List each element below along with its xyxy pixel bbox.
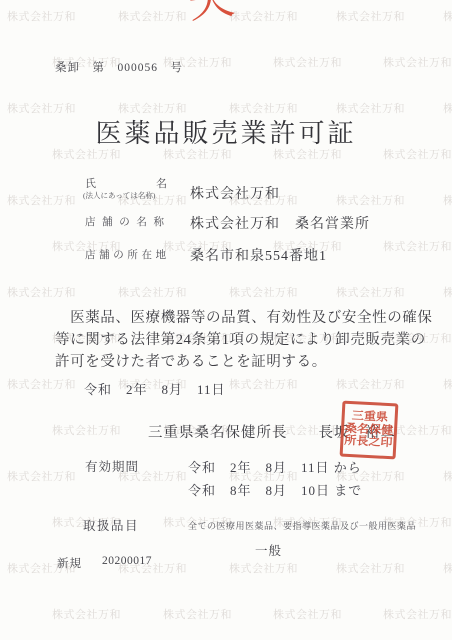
- watermark-text: 株式会社万和: [229, 284, 298, 300]
- watermark-text: 株式会社万和: [7, 8, 76, 24]
- watermark-text: 株式会社万和: [7, 376, 76, 392]
- name-field-label: 氏 名: [85, 175, 167, 191]
- watermark-text: 株式会社万和: [52, 422, 121, 438]
- issue-date: 令和 2年 8月 11日: [84, 379, 226, 398]
- red-mark-glyph: 矢: [185, 0, 236, 25]
- name-field-sublabel: (法人にあっては名称): [83, 190, 155, 201]
- watermark-text: 株式会社万和: [443, 468, 452, 484]
- watermark-text: 株式会社万和: [443, 192, 452, 208]
- category-general: 一般: [255, 541, 282, 559]
- shop-name-value: 株式会社万和 桑名営業所: [190, 213, 370, 233]
- watermark-text: 株式会社万和: [7, 468, 76, 484]
- name-label-left: 氏: [85, 175, 96, 191]
- official-red-seal: 三重県 桑名保健 所長之印: [340, 401, 399, 460]
- registration-type: 新規: [57, 555, 82, 571]
- validity-label: 有効期間: [85, 457, 139, 475]
- registration-number: 20200017: [102, 555, 152, 567]
- watermark-text: 株式会社万和: [229, 376, 298, 392]
- document-number: 桑卸 第 000056 号: [55, 59, 183, 75]
- name-label-right: 名: [156, 175, 167, 191]
- watermark-text: 株式会社万和: [52, 606, 121, 622]
- watermark-text: 株式会社万和: [383, 54, 452, 70]
- watermark-text: 株式会社万和: [118, 8, 187, 24]
- name-value: 株式会社万和: [190, 183, 280, 203]
- shop-address-label: 店 舗 の 所 在 地: [85, 247, 181, 262]
- watermark-text: 株式会社万和: [163, 606, 232, 622]
- watermark-text: 株式会社万和: [336, 284, 405, 300]
- body-text-line: 許可を受けた者であることを証明する。: [55, 350, 405, 371]
- watermark-text: 株式会社万和: [273, 54, 342, 70]
- watermark-text: 株式会社万和: [336, 192, 405, 208]
- certificate-title: 医薬品販売業許可証: [0, 113, 452, 150]
- shop-address-value: 桑名市和泉554番地1: [190, 245, 327, 265]
- watermark-text: 株式会社万和: [443, 284, 452, 300]
- handled-items-label: 取扱品目: [83, 516, 139, 534]
- body-text-line: 医薬品、医療機器等の品質、有効性及び安全性の確保: [55, 306, 405, 327]
- watermark-text: 株式会社万和: [336, 376, 405, 392]
- watermark-text: 株式会社万和: [273, 606, 342, 622]
- validity-from: 令和 2年 8月 11日 から: [188, 457, 362, 476]
- shop-name-label: 店 舗 の 名 称: [85, 214, 177, 229]
- validity-to: 令和 8年 8月 10日 まで: [188, 480, 362, 499]
- watermark-text: 株式会社万和: [7, 284, 76, 300]
- handled-items-value: 全ての医療用医薬品、要指導医薬品及び一般用医薬品: [188, 519, 416, 532]
- certificate-page: 株式会社万和株式会社万和株式会社万和株式会社万和株式会社万和株式会社万和株式会社…: [0, 0, 452, 640]
- seal-text-line: 所長之印: [344, 435, 393, 450]
- watermark-text: 株式会社万和: [7, 192, 76, 208]
- watermark-text: 株式会社万和: [336, 560, 405, 576]
- watermark-text: 株式会社万和: [336, 8, 405, 24]
- red-handwritten-mark: 矢: [178, 0, 274, 27]
- watermark-text: 株式会社万和: [443, 560, 452, 576]
- body-text-line: 等に関する法律第24条第1項の規定により卸売販売業の: [55, 328, 405, 349]
- watermark-text: 株式会社万和: [383, 238, 452, 254]
- watermark-text: 株式会社万和: [229, 560, 298, 576]
- watermark-text: 株式会社万和: [443, 8, 452, 24]
- watermark-text: 株式会社万和: [443, 376, 452, 392]
- watermark-text: 株式会社万和: [118, 284, 187, 300]
- watermark-text: 株式会社万和: [383, 606, 452, 622]
